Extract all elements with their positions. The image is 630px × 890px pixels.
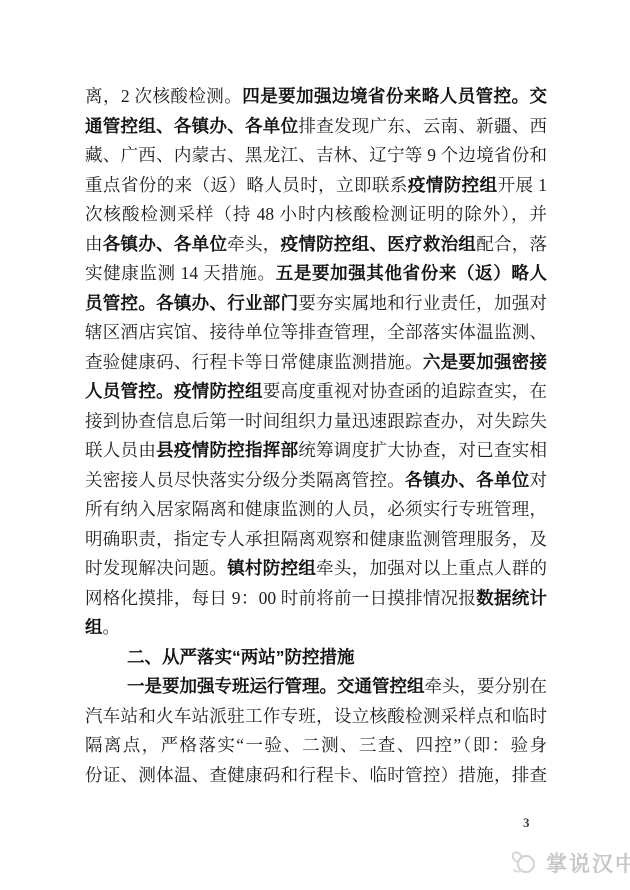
text-line: 网格化摸排，每日 9：00 时前将前一日摸排情况报数据统计 <box>85 584 547 614</box>
bold-text-segment: 镇村防控组 <box>227 558 316 578</box>
text-segment: 关密接人员尽快落实分级分类隔离管控。 <box>85 470 405 490</box>
text-segment: 份证、测体温、查健康码和行程卡、临时管控）措施，排查 <box>85 765 547 785</box>
text-line: 查验健康码、行程卡等日常健康监测措施。六是要加强密接 <box>85 348 547 378</box>
text-line: 明确职责，指定专人承担隔离观察和健康监测管理服务，及 <box>85 525 547 555</box>
bold-text-segment: 六是要加强密接 <box>423 352 547 372</box>
text-segment: 要高度重视对协查函的追踪查实，在 <box>263 381 547 401</box>
text-line: 员管控。各镇办、行业部门要夯实属地和行业责任，加强对 <box>85 289 547 319</box>
text-segment: 实健康监测 14 天措施。 <box>85 263 276 283</box>
bold-text-segment: 各镇办、各单位 <box>103 234 227 254</box>
text-line: 联人员由县疫情防控指挥部统筹调度扩大协查，对已查实相 <box>85 436 547 466</box>
text-segment: 牵头， <box>227 234 280 254</box>
text-segment: 要夯实属地和行业责任，加强对 <box>298 293 547 313</box>
text-segment: 牵头，要分别在 <box>425 676 548 696</box>
text-line: 组。 <box>85 613 547 643</box>
document-body: 离，2 次核酸检测。四是要加强边境省份来略人员管控。交通管控组、各镇办、各单位排… <box>85 82 547 790</box>
text-segment: 开展 1 <box>498 175 547 195</box>
bold-text-segment: 一是要加强专班运行管理。交通管控组 <box>127 676 425 696</box>
text-segment: 离，2 次核酸检测。 <box>85 86 242 106</box>
text-segment: 辖区酒店宾馆、接待单位等排查管理，全部落实体温监测、 <box>85 322 547 342</box>
bold-text-segment: 人员管控。疫情防控组 <box>85 381 263 401</box>
text-line: 离，2 次核酸检测。四是要加强边境省份来略人员管控。交 <box>85 82 547 112</box>
bold-text-segment: 疫情防控组 <box>408 175 498 195</box>
bold-text-segment: 数据统计 <box>476 588 547 608</box>
text-line: 一是要加强专班运行管理。交通管控组牵头，要分别在 <box>85 672 547 702</box>
text-segment: 次核酸检测采样（持 48 小时内核酸检测证明的除外），并 <box>85 204 547 224</box>
text-segment: 接到协查信息后第一时间组织力量迅速跟踪查办，对失踪失 <box>85 411 547 431</box>
text-line: 次核酸检测采样（持 48 小时内核酸检测证明的除外），并 <box>85 200 547 230</box>
text-line: 所有纳入居家隔离和健康监测的人员，必须实行专班管理， <box>85 495 547 525</box>
text-line: 关密接人员尽快落实分级分类隔离管控。各镇办、各单位对 <box>85 466 547 496</box>
text-segment: 统筹调度扩大协查，对已查实相 <box>298 440 547 460</box>
bold-text-segment: 县疫情防控指挥部 <box>156 440 298 460</box>
bold-text-segment: 员管控。各镇办、行业部门 <box>85 293 298 313</box>
text-segment: 排查发现广东、云南、新疆、西 <box>298 116 547 136</box>
text-segment: 隔离点，严格落实“一验、二测、三查、四控”（即：验身 <box>85 735 547 755</box>
text-segment: 由 <box>85 234 103 254</box>
text-segment: 时发现解决问题。 <box>85 558 227 578</box>
text-line: 接到协查信息后第一时间组织力量迅速跟踪查办，对失踪失 <box>85 407 547 437</box>
text-line: 人员管控。疫情防控组要高度重视对协查函的追踪查实，在 <box>85 377 547 407</box>
bold-text-segment: 四是要加强边境省份来略人员管控。交 <box>242 86 547 106</box>
text-segment: 明确职责，指定专人承担隔离观察和健康监测管理服务，及 <box>85 529 547 549</box>
bold-text-segment: 通管控组、各镇办、各单位 <box>85 116 298 136</box>
text-segment: 所有纳入居家隔离和健康监测的人员，必须实行专班管理， <box>85 499 547 519</box>
text-segment: 网格化摸排，每日 9：00 时前将前一日摸排情况报 <box>85 588 476 608</box>
text-line: 时发现解决问题。镇村防控组牵头，加强对以上重点人群的 <box>85 554 547 584</box>
bold-text-segment: 组 <box>85 617 103 637</box>
document-page: 离，2 次核酸检测。四是要加强边境省份来略人员管控。交通管控组、各镇办、各单位排… <box>0 0 630 890</box>
text-line: 汽车站和火车站派驻工作专班，设立核酸检测采样点和临时 <box>85 702 547 732</box>
text-line: 辖区酒店宾馆、接待单位等排查管理，全部落实体温监测、 <box>85 318 547 348</box>
watermark-text: 掌说汉中 <box>546 848 630 878</box>
text-segment: 配合，落 <box>476 234 547 254</box>
text-line: 实健康监测 14 天措施。五是要加强其他省份来（返）略人 <box>85 259 547 289</box>
text-line: 通管控组、各镇办、各单位排查发现广东、云南、新疆、西 <box>85 112 547 142</box>
text-line: 重点省份的来（返）略人员时，立即联系疫情防控组开展 1 <box>85 171 547 201</box>
text-segment: 重点省份的来（返）略人员时，立即联系 <box>85 175 408 195</box>
text-line: 由各镇办、各单位牵头，疫情防控组、医疗救治组配合，落 <box>85 230 547 260</box>
section-heading: 二、从严落实“两站”防控措施 <box>85 643 547 673</box>
text-segment: 对 <box>530 470 548 490</box>
hand-logo-icon <box>508 850 540 876</box>
text-segment: 联人员由 <box>85 440 156 460</box>
bold-text-segment: 五是要加强其他省份来（返）略人 <box>276 263 547 283</box>
text-line: 藏、广西、内蒙古、黑龙江、吉林、辽宁等 9 个边境省份和 <box>85 141 547 171</box>
text-line: 隔离点，严格落实“一验、二测、三查、四控”（即：验身 <box>85 731 547 761</box>
bold-text-segment: 各镇办、各单位 <box>405 470 529 490</box>
page-number: 3 <box>523 815 530 831</box>
text-segment: 牵头，加强对以上重点人群的 <box>316 558 547 578</box>
text-segment: 藏、广西、内蒙古、黑龙江、吉林、辽宁等 9 个边境省份和 <box>85 145 547 165</box>
text-segment: 。 <box>103 617 121 637</box>
bold-text-segment: 疫情防控组、医疗救治组 <box>281 234 477 254</box>
text-segment: 汽车站和火车站派驻工作专班，设立核酸检测采样点和临时 <box>85 706 547 726</box>
text-segment: 查验健康码、行程卡等日常健康监测措施。 <box>85 352 423 372</box>
text-line: 份证、测体温、查健康码和行程卡、临时管控）措施，排查 <box>85 761 547 791</box>
watermark: 掌说汉中 <box>508 848 630 878</box>
bold-text-segment: 二、从严落实“两站”防控措施 <box>127 647 355 667</box>
